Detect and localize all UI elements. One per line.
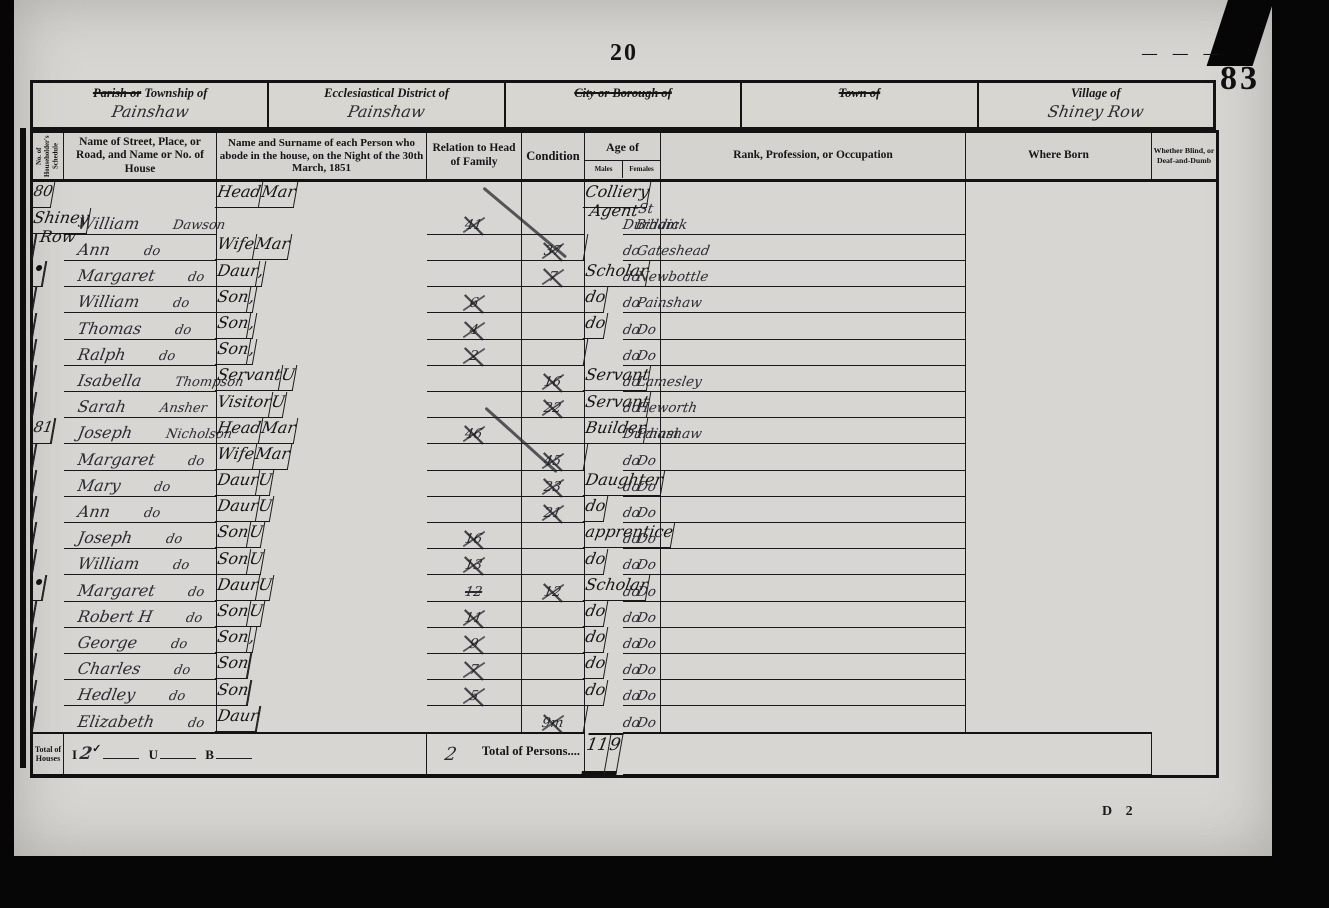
col-name-header: Name and Surname of each Person who abod… (217, 132, 427, 181)
total-persons-label: Total of Persons.... (482, 744, 580, 758)
cell-infirm (661, 287, 966, 313)
cell-relation: Visitor (215, 392, 274, 418)
table-row: JosephdoSonU16apprenticedoDo (32, 522, 1218, 548)
cell-age-female: 21 (522, 496, 585, 522)
table-row: CharlesdoSon7dodoDo (32, 653, 1218, 679)
ecclesiastical-district-label: Ecclesiastical District of (269, 83, 503, 101)
cell-name: Marydo (64, 470, 217, 496)
cell-age-female (522, 418, 585, 444)
table-row: AnndoWifeMar37doGateshead (32, 234, 1218, 260)
label-text: Township of (141, 86, 207, 100)
cell-condition: U (256, 496, 275, 522)
cell-relation: Son (215, 680, 252, 706)
cell-age-female (522, 680, 585, 706)
cell-infirm (661, 365, 966, 391)
cell-born: doDo (623, 549, 661, 575)
table-row: GeorgedoSon,9dodoDo (32, 627, 1218, 653)
cell-name: JosephNicholson (64, 418, 217, 444)
females-label: Females (623, 161, 660, 178)
cell-relation: Daur (215, 706, 261, 732)
born-place: Do (635, 348, 657, 364)
cell-name: Robert Hdo (64, 601, 217, 627)
born-place: Do (635, 715, 657, 731)
age-subheader: Males Females (585, 161, 660, 178)
cell-age-male: 16 (427, 522, 522, 548)
cell-condition: U (269, 392, 288, 418)
margin-dot (36, 579, 43, 585)
cell-age-female (522, 339, 585, 365)
given-name: Ralph (76, 345, 127, 364)
born-place: Do (635, 636, 657, 652)
given-name: Isabella (76, 371, 143, 390)
village-value: Shiney Row (1046, 102, 1145, 121)
born-place: Do (635, 453, 657, 469)
table-row: WilliamdoSonU13dodoDo (32, 549, 1218, 575)
struck-text: Town of (839, 86, 881, 100)
village-cell: Village of Shiney Row (979, 83, 1213, 127)
cell-condition: U (247, 601, 266, 627)
cell-name: SarahAnsher (64, 392, 217, 418)
cell-condition: U (256, 470, 275, 496)
table-row: SarahAnsherVisitorU22ServantdoHeworth (32, 392, 1218, 418)
born-place: Newbottle (635, 269, 657, 285)
struck-text: City or Borough of (574, 86, 672, 100)
village-label: Village of (979, 83, 1213, 101)
city-borough-label: City or Borough of (506, 83, 740, 101)
cell-infirm (661, 680, 966, 706)
born-place: Gateshead (635, 243, 657, 259)
parish-township-cell: Parish or Township of Painshaw (33, 83, 269, 127)
cell-age-male: 2 (427, 339, 522, 365)
cell-age-female (522, 601, 585, 627)
cell-age-male (427, 444, 522, 470)
building-label: B (205, 747, 214, 762)
surname-or-ditto: do (173, 663, 192, 678)
cell-born: doDo (623, 653, 661, 679)
given-name: Margaret (76, 581, 156, 600)
total-persons-cell: 2 Total of Persons.... (427, 733, 585, 777)
cell-born: doDo (623, 601, 661, 627)
cell-occupation: do (583, 313, 608, 339)
cell-age-female (522, 627, 585, 653)
cell-occupation: do (583, 653, 608, 679)
cell-relation: Son (215, 601, 252, 627)
cell-condition: Mar (259, 418, 298, 444)
cell-relation: Wife (215, 234, 257, 260)
margin-dashes: — — — (1142, 46, 1225, 63)
given-name: William (76, 292, 141, 311)
born-place: Do (635, 322, 657, 338)
cell-infirm (661, 392, 966, 418)
cell-age-female (522, 549, 585, 575)
enumeration-table: No. of Householder's Schedule Name of St… (30, 130, 1219, 778)
given-name: Robert H (76, 607, 154, 626)
cell-relation: Son (215, 313, 252, 339)
column-header-row: No. of Householder's Schedule Name of St… (32, 132, 1218, 181)
cell-infirm (661, 601, 966, 627)
surname-or-ditto: do (174, 323, 193, 338)
cell-age-female: 22 (522, 392, 585, 418)
given-name: William (76, 214, 141, 233)
city-borough-cell: City or Borough of (506, 83, 742, 127)
given-name: Thomas (76, 319, 143, 338)
cell-born: doDo (623, 706, 661, 733)
cell-condition: Mar (259, 182, 298, 208)
cell-name: Georgedo (64, 627, 217, 653)
cell-born: doDo (623, 496, 661, 522)
born-place: Do (635, 610, 657, 626)
cell-occupation: do (583, 680, 608, 706)
born-place: Do (635, 662, 657, 678)
blank-line (160, 746, 196, 759)
label-text: Ecclesiastical District of (324, 86, 449, 100)
cell-age-male (427, 261, 522, 287)
cell-infirm (661, 339, 966, 365)
surname-or-ditto: Dawson (172, 218, 227, 233)
cell-relation: Daur (215, 496, 261, 522)
col-occupation-header: Rank, Profession, or Occupation (661, 132, 966, 181)
cell-occupation: do (583, 287, 608, 313)
cell-born: doDo (623, 313, 661, 339)
born-place: Do (635, 557, 657, 573)
cell-occupation: do (583, 627, 608, 653)
given-name: Charles (76, 659, 142, 678)
table-row: MargaretdoDaur,7ScholardoNewbottle (32, 261, 1218, 287)
cell-born: doDo (623, 627, 661, 653)
surname-or-ditto: do (167, 689, 186, 704)
surname-or-ditto: do (142, 506, 161, 521)
houses-tally: I 2✓ U B (64, 733, 427, 777)
cell-relation: Son (215, 653, 252, 679)
col-age-header: Age of Males Females (585, 132, 661, 181)
table-row: 81JosephNicholsonHeadMar46BuilderDurhamP… (32, 418, 1218, 444)
surname-or-ditto: do (187, 454, 206, 469)
males-label: Males (585, 161, 623, 178)
page-binding-edge (20, 128, 26, 768)
blank-line (103, 746, 139, 759)
cell-age-female (522, 653, 585, 679)
cell-condition: Mar (252, 444, 291, 470)
cell-condition: U (247, 522, 266, 548)
given-name: Sarah (76, 397, 127, 416)
label-text: Village of (1071, 86, 1121, 100)
cell-age-male: 9 (427, 627, 522, 653)
town-label: Town of (742, 83, 976, 101)
cell-name: Anndo (64, 234, 217, 260)
table-row: ThomasdoSon,4dodoDo (32, 313, 1218, 339)
col-infirm-header: Whether Blind, or Deaf-and-Dumb (1152, 132, 1218, 181)
surname-or-ditto: do (187, 270, 206, 285)
cell-name: Margaretdo (64, 261, 217, 287)
cell-age-female: 23 (522, 470, 585, 496)
plate-mark: D 2 (1102, 804, 1138, 820)
cell-age-female: 9m (522, 706, 585, 733)
table-row: IsabellaThompsonServantU16ServantdoLames… (32, 365, 1218, 391)
blank-line (216, 746, 252, 759)
cell-age-male (427, 496, 522, 522)
born-place: Do (635, 688, 657, 704)
geography-header: Parish or Township of Painshaw Ecclesias… (30, 80, 1216, 130)
given-name: Joseph (76, 423, 134, 442)
table-row: WilliamdoSon,6dodoPainshaw (32, 287, 1218, 313)
given-name: Hedley (76, 685, 137, 704)
cell-name: Anndo (64, 496, 217, 522)
parish-township-label: Parish or Township of (33, 83, 267, 101)
cell-age-female (522, 287, 585, 313)
given-name: Mary (76, 476, 122, 495)
margin-dot (36, 265, 43, 271)
surname-or-ditto: do (153, 480, 172, 495)
col-relation-header: Relation to Head of Family (427, 132, 522, 181)
folio-number: 83 (1220, 60, 1260, 98)
cell-infirm (661, 575, 966, 601)
table-row: MargaretdoDaurU1212ScholardoDo (32, 575, 1218, 601)
cell-name: Margaretdo (64, 575, 217, 601)
cell-age-male (427, 365, 522, 391)
cell-condition: U (256, 575, 275, 601)
cell-born: doGateshead (623, 234, 661, 260)
cell-age-female: 7 (522, 261, 585, 287)
cell-relation: Wife (215, 444, 257, 470)
cell-infirm (661, 627, 966, 653)
cell-infirm (661, 496, 966, 522)
struck-text: Parish or (93, 86, 141, 100)
cell-relation: Son (215, 549, 252, 575)
cell-occupation: do (583, 601, 608, 627)
cell-name: Margaretdo (64, 444, 217, 470)
born-place: Painshaw (635, 295, 657, 311)
cell-infirm (661, 549, 966, 575)
given-name: Ann (76, 502, 112, 521)
cell-occupation: do (583, 549, 608, 575)
cell-relation: Son (215, 287, 252, 313)
cell-condition: U (279, 365, 298, 391)
surname-or-ditto: do (187, 585, 206, 600)
cell-age-male: 13 (427, 549, 522, 575)
cell-name: Charlesdo (64, 653, 217, 679)
cell-condition: Mar (252, 234, 291, 260)
cell-relation: Daur (215, 470, 261, 496)
cell-schedule: 80 (31, 182, 56, 208)
cell-relation: Daur (215, 575, 261, 601)
cell-age-male: 12 (427, 575, 522, 601)
cell-infirm (661, 444, 966, 470)
col-street-header: Name of Street, Place, or Road, and Name… (64, 132, 217, 181)
given-name: Joseph (76, 528, 134, 547)
cell-name: Williamdo (64, 549, 217, 575)
surname-or-ditto: Ansher (158, 401, 207, 416)
surname-or-ditto: do (164, 532, 183, 547)
cell-occupation: do (583, 496, 608, 522)
surname-or-ditto: do (172, 296, 191, 311)
born-place: Do (635, 584, 657, 600)
cell-occupation (583, 339, 589, 365)
table-row: RalphdoSon,2doDo (32, 339, 1218, 365)
cell-relation: Daur (215, 261, 261, 287)
cell-age-male: 4 (427, 313, 522, 339)
col-born-header: Where Born (966, 132, 1152, 181)
given-name: William (76, 554, 141, 573)
cell-born: doDo (623, 444, 661, 470)
cell-age-female (522, 313, 585, 339)
surname-or-ditto: do (187, 716, 206, 731)
cell-age-male: 11 (427, 601, 522, 627)
cell-infirm (661, 522, 966, 548)
table-row: MargaretdoWifeMar45doDo (32, 444, 1218, 470)
cell-name: Elizabethdo (64, 706, 217, 733)
ecclesiastical-district-value: Painshaw (347, 102, 427, 121)
census-page: 20 — — — 83 D 2 Parish or Township of Pa… (14, 0, 1272, 856)
cell-age-female: 16 (522, 365, 585, 391)
cell-infirm (661, 653, 966, 679)
check-mark: ✓ (92, 743, 101, 755)
cell-infirm (661, 313, 966, 339)
surname-or-ditto: do (169, 637, 188, 652)
born-place: Lamesley (635, 374, 657, 390)
cell-relation: Head (215, 418, 264, 444)
table-row: HedleydoSon5dodoDo (32, 680, 1218, 706)
parish-township-value: Painshaw (110, 102, 190, 121)
cell-relation: Son (215, 522, 252, 548)
cell-infirm (661, 418, 966, 444)
cell-age-male (427, 234, 522, 260)
cell-name: Ralphdo (64, 339, 217, 365)
cell-occupation (583, 444, 589, 470)
cell-name: IsabellaThompson (64, 365, 217, 391)
table-row: AnndoDaurU21dodoDo (32, 496, 1218, 522)
given-name: Elizabeth (76, 712, 156, 731)
cell-age-male: 7 (427, 653, 522, 679)
cell-relation: Servant (215, 365, 284, 391)
surname-or-ditto: do (158, 349, 177, 364)
cell-born: doDo (623, 680, 661, 706)
cell-age-male: 46 (427, 418, 522, 444)
table-row: MarydoDaurU23DaughterdoDo (32, 470, 1218, 496)
table-row: 80Shiney RowWilliamDawsonHeadMar41Collie… (32, 181, 1218, 235)
cell-name: Hedleydo (64, 680, 217, 706)
surname-or-ditto: do (172, 558, 191, 573)
cell-infirm (661, 470, 966, 496)
cell-age-female (522, 522, 585, 548)
cell-age-male (427, 706, 522, 733)
cell-name: Thomasdo (64, 313, 217, 339)
given-name: Ann (76, 240, 112, 259)
total-houses-label: Total of Houses (32, 733, 64, 777)
cell-age-male: 6 (427, 287, 522, 313)
inhabited-label: I (72, 747, 77, 762)
cell-born: doDo (623, 339, 661, 365)
cell-occupation (583, 234, 589, 260)
cell-age-male: 5 (427, 680, 522, 706)
footer-empty-cell (623, 733, 1152, 777)
table-row: Robert HdoSonU11dodoDo (32, 601, 1218, 627)
col-condition-header: Condition (522, 132, 585, 181)
cell-age-male (427, 470, 522, 496)
town-cell: Town of (742, 83, 978, 127)
cell-age-male (427, 392, 522, 418)
given-name: Margaret (76, 266, 156, 285)
page-number: 20 (574, 40, 674, 67)
cell-occupation (583, 706, 589, 732)
col-schedule-header: No. of Householder's Schedule (32, 132, 64, 181)
ecclesiastical-district-cell: Ecclesiastical District of Painshaw (269, 83, 505, 127)
houses-total-value: 2 (443, 744, 458, 765)
totals-row: Total of Houses I 2✓ U B 2 Total of Pers… (32, 733, 1218, 777)
born-place: Heworth (635, 400, 657, 416)
cell-age-female: 12 (522, 575, 585, 601)
cell-born: doPainshaw (623, 287, 661, 313)
table-row: ElizabethdoDaur9mdoDo (32, 706, 1218, 733)
cell-name: Williamdo (64, 287, 217, 313)
born-place: Painshaw (635, 426, 657, 442)
cell-relation: Son (215, 339, 252, 365)
born-place: Do (635, 531, 657, 547)
born-place: Do (635, 505, 657, 521)
born-place: Do (635, 479, 657, 495)
uninhabited-label: U (149, 747, 158, 762)
given-name: George (76, 633, 139, 652)
cell-relation: Head (215, 182, 264, 208)
surname-or-ditto: do (142, 244, 161, 259)
cell-infirm (661, 706, 966, 733)
cell-relation: Son (215, 627, 252, 653)
surname-or-ditto: do (185, 611, 204, 626)
age-of-label: Age of (585, 134, 660, 161)
cell-name: Josephdo (64, 522, 217, 548)
given-name: Margaret (76, 450, 156, 469)
cell-infirm (661, 181, 966, 235)
